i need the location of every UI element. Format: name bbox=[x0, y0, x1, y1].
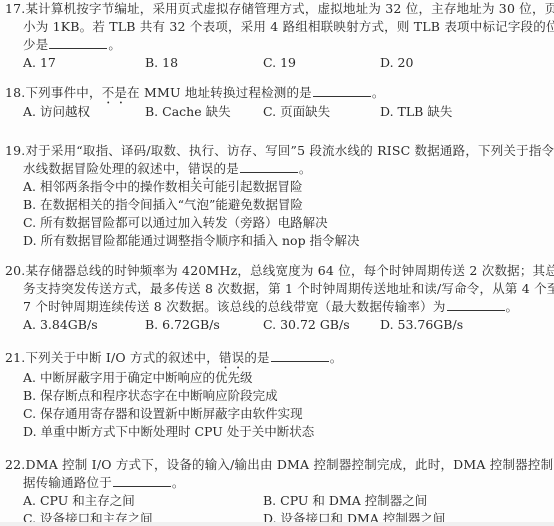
question-19-line-1: 19.对于采用“取指、译码/取数、执行、访存、写回”5 段流水线的 RISC 数… bbox=[5, 142, 554, 160]
question-17-line-3: 少是。 bbox=[23, 36, 121, 54]
question-text: 对于采用“取指、译码/取数、执行、访存、写回”5 段流水线的 RISC 数据通路… bbox=[25, 143, 554, 158]
question-text: 下列事件中， bbox=[25, 85, 101, 100]
option-b: B. 在数据相关的指令间插入“气泡”能避免数据冒险 bbox=[23, 196, 303, 214]
option-a: A. 3.84GB/s bbox=[23, 316, 98, 334]
question-20-line-3: 7 个时钟周期连续传送 8 次数据。该总线的总线带宽（最大数据传输率）为。 bbox=[23, 298, 518, 316]
answer-blank bbox=[447, 298, 505, 311]
question-22-line-2: 据传输通路位于。 bbox=[23, 474, 185, 492]
question-20-line-1: 20.某存储器总线的时钟频率为 420MHz，总线宽度为 64 位，每个时钟周期… bbox=[5, 262, 554, 280]
option-b: B. 保存断点和程序状态字在中断响应阶段完成 bbox=[23, 387, 278, 405]
question-text: 的是 bbox=[244, 350, 269, 365]
question-22-line-1: 22.DMA 控制 I/O 方式下，设备的输入/输出由 DMA 控制器控制完成，… bbox=[5, 456, 554, 474]
question-text: 在 MMU 地址转换过程检测的是 bbox=[127, 85, 312, 100]
punctuation: 。 bbox=[299, 161, 312, 176]
question-19-line-2: 水线数据冒险处理的叙述中，错误的是。 bbox=[23, 160, 312, 178]
question-number: 18. bbox=[5, 85, 25, 100]
question-20-line-2: 务支持突发传送方式，最多传送 8 次数据，第 1 个时钟周期传送地址和读/写命令… bbox=[23, 280, 554, 298]
option-c: C. 30.72 GB/s bbox=[263, 316, 350, 334]
punctuation: 。 bbox=[330, 350, 343, 365]
option-b: B. CPU 和 DMA 控制器之间 bbox=[263, 492, 427, 510]
option-c: C. 保存通用寄存器和设置新中断屏蔽字由软件实现 bbox=[23, 405, 303, 423]
option-d: D. 53.76GB/s bbox=[380, 316, 463, 334]
answer-blank bbox=[113, 474, 171, 487]
question-text: 某存储器总线的时钟频率为 420MHz，总线宽度为 64 位，每个时钟周期传送 … bbox=[25, 263, 554, 278]
question-text: 水线数据冒险处理的叙述中， bbox=[23, 161, 188, 176]
answer-blank bbox=[313, 84, 371, 97]
emphasized-text: 错误 bbox=[188, 161, 213, 176]
option-b: B. 18 bbox=[145, 54, 178, 72]
punctuation: 。 bbox=[506, 299, 519, 314]
question-text: 某计算机按字节编址，采用页式虚拟存储管理方式，虚拟地址为 32 位，主存地址为 … bbox=[25, 1, 554, 16]
option-d: D. 单重中断方式下中断处理时 CPU 处于关中断状态 bbox=[23, 423, 314, 441]
answer-blank bbox=[240, 160, 298, 173]
question-number: 17. bbox=[5, 1, 25, 16]
option-c: C. 19 bbox=[263, 54, 296, 72]
answer-blank bbox=[49, 36, 107, 49]
emphasized-text: 不是 bbox=[102, 85, 127, 100]
option-a: A. 访问越权 bbox=[23, 103, 90, 121]
emphasized-text: 错误 bbox=[219, 350, 244, 365]
punctuation: 。 bbox=[372, 85, 385, 100]
question-17-line-2: 小为 1KB。若 TLB 共有 32 个表项，采用 4 路组相联映射方式，则 T… bbox=[23, 18, 554, 36]
answer-blank bbox=[271, 349, 329, 362]
punctuation: 。 bbox=[108, 37, 121, 52]
option-c: C. 页面缺失 bbox=[263, 103, 330, 121]
option-a: A. 中断屏蔽字用于确定中断响应的优先级 bbox=[23, 369, 252, 387]
question-text: 少是 bbox=[23, 37, 48, 52]
option-b: B. Cache 缺失 bbox=[145, 103, 231, 121]
question-number: 21. bbox=[5, 350, 25, 365]
question-number: 20. bbox=[5, 263, 25, 278]
question-number: 22. bbox=[5, 457, 25, 472]
question-21-line-1: 21.下列关于中断 I/O 方式的叙述中，错误的是。 bbox=[5, 349, 342, 367]
page-bottom-edge bbox=[0, 522, 554, 526]
question-17-line-1: 17.某计算机按字节编址，采用页式虚拟存储管理方式，虚拟地址为 32 位，主存地… bbox=[5, 0, 554, 18]
question-number: 19. bbox=[5, 143, 25, 158]
option-a: A. 17 bbox=[23, 54, 56, 72]
option-a: A. CPU 和主存之间 bbox=[23, 492, 135, 510]
option-c: C. 所有数据冒险都可以通过加入转发（旁路）电路解决 bbox=[23, 214, 328, 232]
option-d: D. 所有数据冒险都能通过调整指令顺序和插入 nop 指令解决 bbox=[23, 232, 360, 250]
question-18-line-1: 18.下列事件中，不是在 MMU 地址转换过程检测的是。 bbox=[5, 84, 385, 102]
question-text: DMA 控制 I/O 方式下，设备的输入/输出由 DMA 控制器控制完成，此时，… bbox=[25, 457, 554, 472]
option-d: D. 20 bbox=[380, 54, 413, 72]
question-text: 7 个时钟周期连续传送 8 次数据。该总线的总线带宽（最大数据传输率）为 bbox=[23, 299, 446, 314]
option-a: A. 相邻两条指令中的操作数相关可能引起数据冒险 bbox=[23, 178, 302, 196]
option-b: B. 6.72GB/s bbox=[145, 316, 220, 334]
question-text: 据传输通路位于 bbox=[23, 475, 112, 490]
option-d: D. TLB 缺失 bbox=[380, 103, 452, 121]
question-text: 下列关于中断 I/O 方式的叙述中， bbox=[25, 350, 218, 365]
punctuation: 。 bbox=[172, 475, 185, 490]
question-text: 的是 bbox=[214, 161, 239, 176]
